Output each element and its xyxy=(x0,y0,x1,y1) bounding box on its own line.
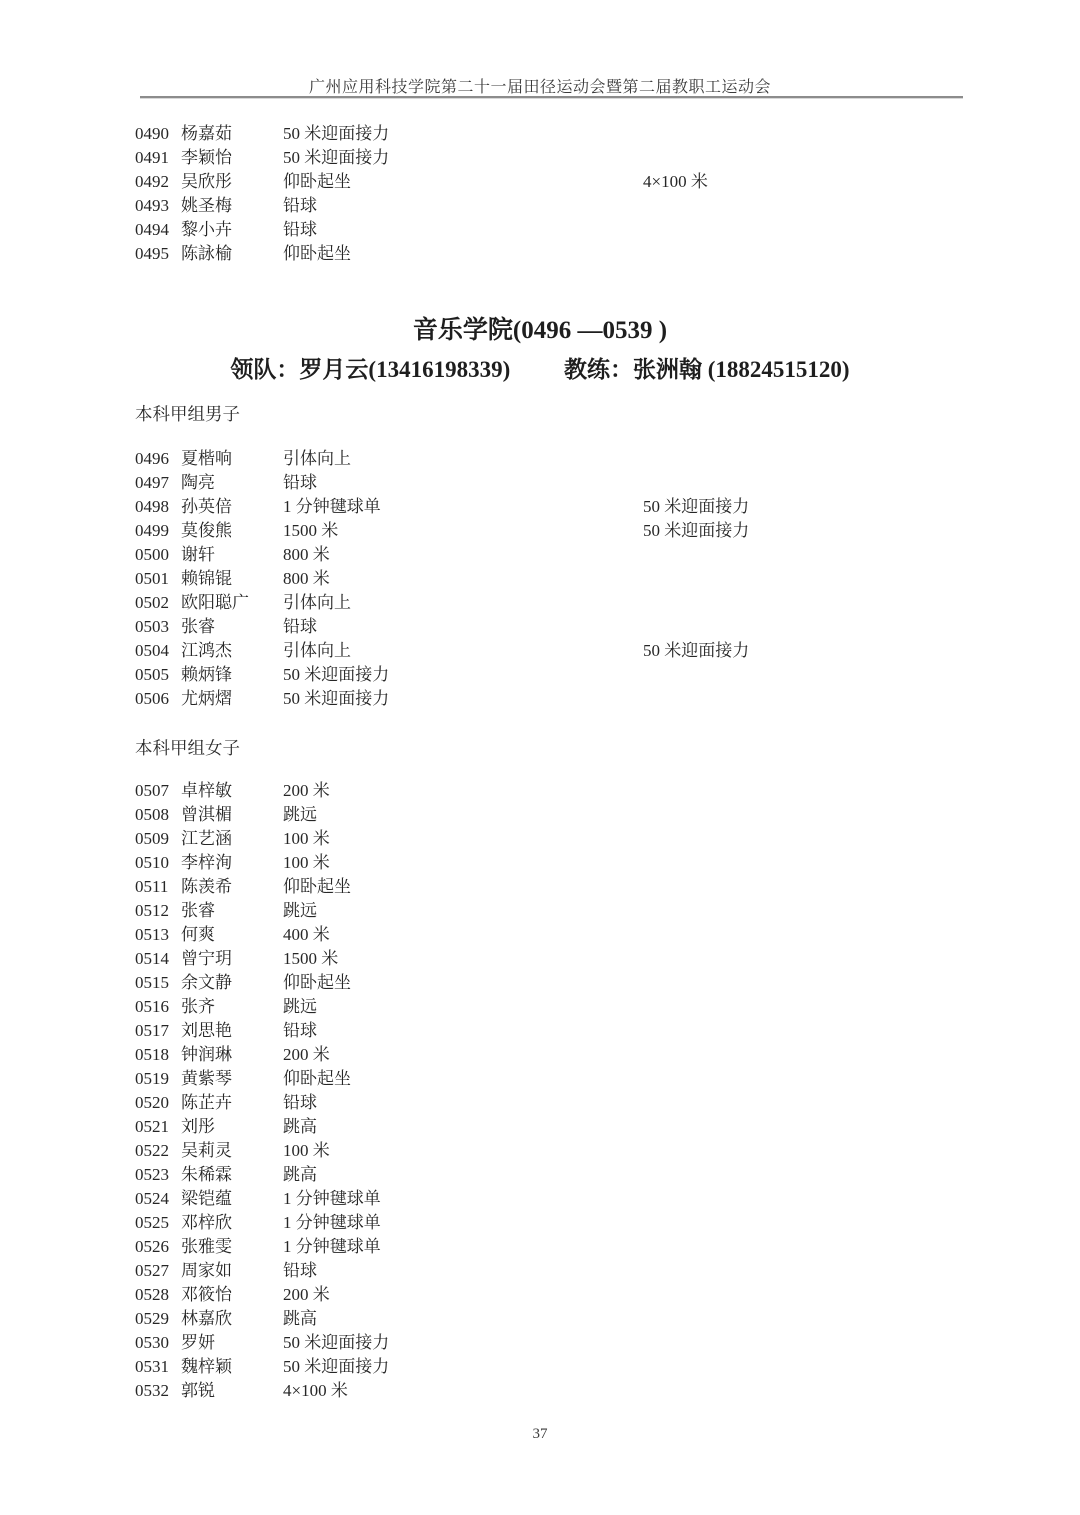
athlete-name: 张睿 xyxy=(181,899,283,923)
athlete-name: 江艺涵 xyxy=(181,827,283,851)
event-primary: 引体向上 xyxy=(283,591,643,615)
athlete-name: 赖锦锟 xyxy=(181,567,283,591)
event-primary: 800 米 xyxy=(283,543,643,567)
table-row: 0527 周家如 铅球 xyxy=(0,1259,1080,1283)
table-row: 0507 卓梓敏 200 米 xyxy=(0,779,1080,803)
athlete-number: 0506 xyxy=(135,687,181,711)
athlete-number: 0504 xyxy=(135,639,181,663)
event-primary: 跳高 xyxy=(283,1115,643,1139)
athlete-name: 周家如 xyxy=(181,1259,283,1283)
athlete-name: 黎小卉 xyxy=(181,218,283,242)
event-primary: 50 米迎面接力 xyxy=(283,1355,643,1379)
athlete-number: 0530 xyxy=(135,1331,181,1355)
team-coach-info: 教练：张洲翰 (18824515120) xyxy=(564,357,850,382)
athlete-number: 0505 xyxy=(135,663,181,687)
athlete-name: 姚圣梅 xyxy=(181,194,283,218)
table-row: 0519 黄紫琴 仰卧起坐 xyxy=(0,1067,1080,1091)
table-row: 0518 钟润琳 200 米 xyxy=(0,1043,1080,1067)
athlete-number: 0513 xyxy=(135,923,181,947)
event-secondary xyxy=(643,1139,1080,1163)
event-secondary xyxy=(643,567,1080,591)
athlete-name: 黄紫琴 xyxy=(181,1067,283,1091)
athlete-name: 江鸿杰 xyxy=(181,639,283,663)
event-primary: 仰卧起坐 xyxy=(283,242,643,266)
athlete-name: 夏楷响 xyxy=(181,447,283,471)
event-secondary xyxy=(643,1043,1080,1067)
event-primary: 仰卧起坐 xyxy=(283,875,643,899)
table-row: 0491 李颖怡 50 米迎面接力 xyxy=(0,146,1080,170)
team-staff-line: 领队：罗月云(13416198339) 教练：张洲翰 (18824515120) xyxy=(0,351,1080,384)
athlete-name: 刘彤 xyxy=(181,1115,283,1139)
athlete-name: 莫俊熊 xyxy=(181,519,283,543)
carryover-roster-table: 0490 杨嘉茹 50 米迎面接力 0491 李颖怡 50 米迎面接力 0492… xyxy=(0,122,1080,266)
table-row: 0525 邓梓欣 1 分钟毽球单 xyxy=(0,1211,1080,1235)
event-primary: 跳高 xyxy=(283,1163,643,1187)
event-secondary: 50 米迎面接力 xyxy=(643,639,1080,663)
document-page: 广州应用科技学院第二十一届田径运动会暨第二届教职工运动会 0490 杨嘉茹 50… xyxy=(0,0,1080,1515)
athlete-number: 0518 xyxy=(135,1043,181,1067)
event-secondary xyxy=(643,1259,1080,1283)
event-primary: 800 米 xyxy=(283,567,643,591)
athlete-number: 0532 xyxy=(135,1379,181,1403)
event-secondary xyxy=(643,875,1080,899)
athlete-number: 0524 xyxy=(135,1187,181,1211)
athlete-name: 朱稀霖 xyxy=(181,1163,283,1187)
event-primary: 1 分钟毽球单 xyxy=(283,1187,643,1211)
table-row: 0500 谢轩 800 米 xyxy=(0,543,1080,567)
event-secondary xyxy=(643,1379,1080,1403)
table-row: 0513 何爽 400 米 xyxy=(0,923,1080,947)
athlete-name: 罗妍 xyxy=(181,1331,283,1355)
event-secondary xyxy=(643,122,1080,146)
event-primary: 200 米 xyxy=(283,1043,643,1067)
athlete-number: 0502 xyxy=(135,591,181,615)
athlete-name: 尤炳熠 xyxy=(181,687,283,711)
event-primary: 400 米 xyxy=(283,923,643,947)
table-row: 0493 姚圣梅 铅球 xyxy=(0,194,1080,218)
event-primary: 引体向上 xyxy=(283,639,643,663)
athlete-name: 卓梓敏 xyxy=(181,779,283,803)
athlete-name: 吴欣彤 xyxy=(181,170,283,194)
table-row: 0529 林嘉欣 跳高 xyxy=(0,1307,1080,1331)
athlete-number: 0528 xyxy=(135,1283,181,1307)
table-row: 0514 曾宁玥 1500 米 xyxy=(0,947,1080,971)
event-secondary xyxy=(643,1235,1080,1259)
table-row: 0530 罗妍 50 米迎面接力 xyxy=(0,1331,1080,1355)
event-secondary: 4×100 米 xyxy=(643,170,1080,194)
event-secondary xyxy=(643,471,1080,495)
men-roster-table: 0496 夏楷响 引体向上 0497 陶亮 铅球 0498 孙英倍 1 分钟毽球… xyxy=(0,447,1080,711)
athlete-name: 张雅雯 xyxy=(181,1235,283,1259)
athlete-name: 曾淇楣 xyxy=(181,803,283,827)
athlete-name: 林嘉欣 xyxy=(181,1307,283,1331)
event-secondary xyxy=(643,242,1080,266)
athlete-number: 0531 xyxy=(135,1355,181,1379)
athlete-name: 郭锐 xyxy=(181,1379,283,1403)
athlete-number: 0494 xyxy=(135,218,181,242)
athlete-name: 陶亮 xyxy=(181,471,283,495)
table-row: 0522 吴莉灵 100 米 xyxy=(0,1139,1080,1163)
event-primary: 50 米迎面接力 xyxy=(283,122,643,146)
event-secondary xyxy=(643,1067,1080,1091)
table-row: 0502 欧阳聪广 引体向上 xyxy=(0,591,1080,615)
table-row: 0503 张睿 铅球 xyxy=(0,615,1080,639)
team-title: 音乐学院(0496 —0539 ) xyxy=(0,310,1080,346)
athlete-number: 0529 xyxy=(135,1307,181,1331)
athlete-number: 0503 xyxy=(135,615,181,639)
event-secondary xyxy=(643,779,1080,803)
athlete-number: 0492 xyxy=(135,170,181,194)
event-primary: 铅球 xyxy=(283,1091,643,1115)
event-primary: 1500 米 xyxy=(283,519,643,543)
athlete-name: 钟润琳 xyxy=(181,1043,283,1067)
event-secondary xyxy=(643,146,1080,170)
table-row: 0508 曾淇楣 跳远 xyxy=(0,803,1080,827)
athlete-name: 孙英倍 xyxy=(181,495,283,519)
header-divider-rule xyxy=(140,96,963,99)
athlete-name: 魏梓颖 xyxy=(181,1355,283,1379)
event-primary: 仰卧起坐 xyxy=(283,971,643,995)
table-row: 0496 夏楷响 引体向上 xyxy=(0,447,1080,471)
athlete-name: 刘思艳 xyxy=(181,1019,283,1043)
athlete-name: 谢轩 xyxy=(181,543,283,567)
event-secondary xyxy=(643,803,1080,827)
athlete-number: 0490 xyxy=(135,122,181,146)
table-row: 0526 张雅雯 1 分钟毽球单 xyxy=(0,1235,1080,1259)
event-secondary xyxy=(643,1211,1080,1235)
athlete-name: 欧阳聪广 xyxy=(181,591,283,615)
table-row: 0499 莫俊熊 1500 米 50 米迎面接力 xyxy=(0,519,1080,543)
event-secondary xyxy=(643,1163,1080,1187)
event-primary: 铅球 xyxy=(283,1259,643,1283)
athlete-number: 0498 xyxy=(135,495,181,519)
athlete-number: 0519 xyxy=(135,1067,181,1091)
event-secondary xyxy=(643,1355,1080,1379)
table-row: 0506 尤炳熠 50 米迎面接力 xyxy=(0,687,1080,711)
section-label-women: 本科甲组女子 xyxy=(135,735,240,760)
document-header-title: 广州应用科技学院第二十一届田径运动会暨第二届教职工运动会 xyxy=(0,74,1080,97)
event-secondary: 50 米迎面接力 xyxy=(643,519,1080,543)
event-secondary xyxy=(643,1331,1080,1355)
table-row: 0531 魏梓颖 50 米迎面接力 xyxy=(0,1355,1080,1379)
table-row: 0495 陈詠榆 仰卧起坐 xyxy=(0,242,1080,266)
athlete-name: 吴莉灵 xyxy=(181,1139,283,1163)
table-row: 0494 黎小卉 铅球 xyxy=(0,218,1080,242)
athlete-number: 0522 xyxy=(135,1139,181,1163)
table-row: 0492 吴欣彤 仰卧起坐 4×100 米 xyxy=(0,170,1080,194)
event-primary: 1 分钟毽球单 xyxy=(283,1235,643,1259)
athlete-name: 余文静 xyxy=(181,971,283,995)
event-primary: 铅球 xyxy=(283,615,643,639)
table-row: 0509 江艺涵 100 米 xyxy=(0,827,1080,851)
event-secondary xyxy=(643,971,1080,995)
athlete-number: 0521 xyxy=(135,1115,181,1139)
page-number: 37 xyxy=(0,1426,1080,1443)
athlete-name: 李梓洵 xyxy=(181,851,283,875)
table-row: 0523 朱稀霖 跳高 xyxy=(0,1163,1080,1187)
table-row: 0515 余文静 仰卧起坐 xyxy=(0,971,1080,995)
table-row: 0505 赖炳锋 50 米迎面接力 xyxy=(0,663,1080,687)
table-row: 0524 梁铠蕴 1 分钟毽球单 xyxy=(0,1187,1080,1211)
event-secondary xyxy=(643,899,1080,923)
event-secondary xyxy=(643,1115,1080,1139)
event-primary: 跳远 xyxy=(283,995,643,1019)
event-secondary xyxy=(643,947,1080,971)
event-primary: 50 米迎面接力 xyxy=(283,1331,643,1355)
athlete-number: 0523 xyxy=(135,1163,181,1187)
athlete-name: 张齐 xyxy=(181,995,283,1019)
event-secondary xyxy=(643,615,1080,639)
event-secondary xyxy=(643,543,1080,567)
table-row: 0510 李梓洵 100 米 xyxy=(0,851,1080,875)
table-row: 0504 江鸿杰 引体向上 50 米迎面接力 xyxy=(0,639,1080,663)
athlete-name: 陈羡希 xyxy=(181,875,283,899)
athlete-name: 杨嘉茹 xyxy=(181,122,283,146)
event-secondary xyxy=(643,851,1080,875)
table-row: 0497 陶亮 铅球 xyxy=(0,471,1080,495)
event-primary: 200 米 xyxy=(283,779,643,803)
table-row: 0498 孙英倍 1 分钟毽球单 50 米迎面接力 xyxy=(0,495,1080,519)
event-secondary xyxy=(643,218,1080,242)
athlete-name: 赖炳锋 xyxy=(181,663,283,687)
athlete-number: 0525 xyxy=(135,1211,181,1235)
athlete-number: 0512 xyxy=(135,899,181,923)
athlete-number: 0509 xyxy=(135,827,181,851)
athlete-name: 李颖怡 xyxy=(181,146,283,170)
athlete-number: 0526 xyxy=(135,1235,181,1259)
event-primary: 1 分钟毽球单 xyxy=(283,495,643,519)
event-primary: 引体向上 xyxy=(283,447,643,471)
event-secondary xyxy=(643,194,1080,218)
women-roster-table: 0507 卓梓敏 200 米 0508 曾淇楣 跳远 0509 江艺涵 100 … xyxy=(0,779,1080,1403)
event-primary: 跳高 xyxy=(283,1307,643,1331)
athlete-number: 0499 xyxy=(135,519,181,543)
event-secondary xyxy=(643,1307,1080,1331)
event-primary: 铅球 xyxy=(283,218,643,242)
athlete-name: 张睿 xyxy=(181,615,283,639)
athlete-number: 0527 xyxy=(135,1259,181,1283)
event-secondary xyxy=(643,923,1080,947)
event-primary: 100 米 xyxy=(283,851,643,875)
athlete-name: 梁铠蕴 xyxy=(181,1187,283,1211)
event-secondary xyxy=(643,827,1080,851)
athlete-number: 0510 xyxy=(135,851,181,875)
athlete-name: 曾宁玥 xyxy=(181,947,283,971)
table-row: 0520 陈芷卉 铅球 xyxy=(0,1091,1080,1115)
athlete-number: 0497 xyxy=(135,471,181,495)
event-primary: 4×100 米 xyxy=(283,1379,643,1403)
event-primary: 铅球 xyxy=(283,1019,643,1043)
table-row: 0512 张睿 跳远 xyxy=(0,899,1080,923)
event-primary: 100 米 xyxy=(283,827,643,851)
athlete-name: 陈詠榆 xyxy=(181,242,283,266)
athlete-number: 0508 xyxy=(135,803,181,827)
team-leader-info: 领队：罗月云(13416198339) xyxy=(230,357,510,382)
event-secondary xyxy=(643,663,1080,687)
event-secondary xyxy=(643,591,1080,615)
table-row: 0517 刘思艳 铅球 xyxy=(0,1019,1080,1043)
athlete-number: 0493 xyxy=(135,194,181,218)
event-secondary xyxy=(643,1091,1080,1115)
table-row: 0516 张齐 跳远 xyxy=(0,995,1080,1019)
athlete-number: 0496 xyxy=(135,447,181,471)
event-primary: 50 米迎面接力 xyxy=(283,687,643,711)
athlete-number: 0500 xyxy=(135,543,181,567)
event-secondary xyxy=(643,1187,1080,1211)
athlete-number: 0516 xyxy=(135,995,181,1019)
athlete-name: 何爽 xyxy=(181,923,283,947)
event-primary: 1 分钟毽球单 xyxy=(283,1211,643,1235)
athlete-name: 邓筱怡 xyxy=(181,1283,283,1307)
athlete-number: 0495 xyxy=(135,242,181,266)
athlete-number: 0507 xyxy=(135,779,181,803)
athlete-number: 0514 xyxy=(135,947,181,971)
event-primary: 50 米迎面接力 xyxy=(283,663,643,687)
table-row: 0490 杨嘉茹 50 米迎面接力 xyxy=(0,122,1080,146)
table-row: 0501 赖锦锟 800 米 xyxy=(0,567,1080,591)
athlete-number: 0491 xyxy=(135,146,181,170)
athlete-name: 陈芷卉 xyxy=(181,1091,283,1115)
event-secondary xyxy=(643,447,1080,471)
table-row: 0532 郭锐 4×100 米 xyxy=(0,1379,1080,1403)
event-primary: 200 米 xyxy=(283,1283,643,1307)
table-row: 0521 刘彤 跳高 xyxy=(0,1115,1080,1139)
athlete-number: 0520 xyxy=(135,1091,181,1115)
athlete-number: 0515 xyxy=(135,971,181,995)
table-row: 0511 陈羡希 仰卧起坐 xyxy=(0,875,1080,899)
event-secondary xyxy=(643,1019,1080,1043)
athlete-name: 邓梓欣 xyxy=(181,1211,283,1235)
event-secondary xyxy=(643,1283,1080,1307)
event-primary: 跳远 xyxy=(283,803,643,827)
event-primary: 仰卧起坐 xyxy=(283,170,643,194)
event-primary: 跳远 xyxy=(283,899,643,923)
event-secondary xyxy=(643,995,1080,1019)
section-label-men: 本科甲组男子 xyxy=(135,401,240,426)
athlete-number: 0501 xyxy=(135,567,181,591)
event-primary: 1500 米 xyxy=(283,947,643,971)
event-secondary: 50 米迎面接力 xyxy=(643,495,1080,519)
event-primary: 100 米 xyxy=(283,1139,643,1163)
event-primary: 铅球 xyxy=(283,194,643,218)
event-secondary xyxy=(643,687,1080,711)
table-row: 0528 邓筱怡 200 米 xyxy=(0,1283,1080,1307)
athlete-number: 0511 xyxy=(135,875,181,899)
event-primary: 铅球 xyxy=(283,471,643,495)
athlete-number: 0517 xyxy=(135,1019,181,1043)
event-primary: 50 米迎面接力 xyxy=(283,146,643,170)
event-primary: 仰卧起坐 xyxy=(283,1067,643,1091)
